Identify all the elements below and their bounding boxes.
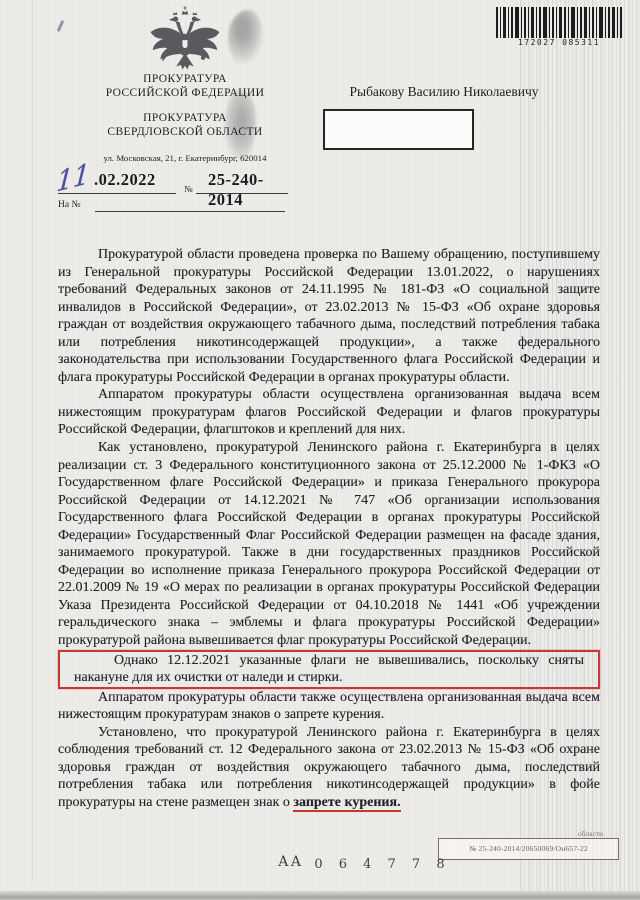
registration-stamp: № 25-240-2014/20650069/Он657-22 [438,838,619,860]
paragraph-flags-issued: Аппаратом прокуратуры области осуществле… [58,386,600,439]
date-underline [58,193,176,194]
org-name-federal-line2: РОССИЙСКОЙ ФЕДЕРАЦИИ [75,86,295,100]
form-serial-digits: 0 6 4 7 7 8 [314,857,450,872]
org-name-regional-line2: СВЕРДЛОВСКОЙ ОБЛАСТИ [75,125,295,139]
org-name-regional-line1: ПРОКУРАТУРА [75,111,295,125]
reference-label: На № [58,200,81,210]
russian-coat-of-arms-icon [143,6,227,75]
org-address: ул. Московская, 21, г. Екатеринбург, 620… [52,153,318,163]
highlighted-paragraph-flags-not-hung: Однако 12.12.2021 указанные флаги не выв… [58,650,600,689]
letter-body: Прокуратурой области проведена проверка … [58,246,600,812]
form-serial-prefix: АА [278,854,303,870]
page-bottom-edge-shadow [0,891,640,900]
paragraph-inspection-intro: Прокуратурой области проведена проверка … [58,246,600,386]
org-name-federal: ПРОКУРАТУРА РОССИЙСКОЙ ФЕДЕРАЦИИ [75,72,295,100]
org-name-federal-line1: ПРОКУРАТУРА [75,72,295,86]
fold-line [32,0,33,880]
paragraph-no-smoking-signs-issued: Аппаратом прокуратуры области также осущ… [58,689,600,724]
number-underline [196,193,288,194]
reference-underline [95,211,285,212]
stamp-faint-word: области [578,829,603,838]
paragraph-flag-regulations: Как установлено, прокуратурой Ленинского… [58,439,600,650]
pen-mark [57,20,65,32]
org-name-regional: ПРОКУРАТУРА СВЕРДЛОВСКОЙ ОБЛАСТИ [75,111,295,139]
paragraph-no-smoking-sign-placed: Установлено, что прокуратурой Ленинского… [58,724,600,812]
underlined-phrase-no-smoking: запрете курения. [293,795,400,812]
barcode-digits: 172027 085311 [492,38,626,47]
scan-smudge [228,10,264,64]
recipient-name: Рыбакову Василию Николаевичу [328,84,560,100]
redacted-address-box [323,109,474,150]
scanned-letter-page: { "letterhead": { "org_top_line1": "ПРОК… [0,0,640,900]
date-and-number-row: 11 .02.2022 № 25-240-2014 [58,167,298,197]
typed-date: .02.2022 [94,170,156,190]
barcode-icon [496,7,622,38]
form-serial-number: АА 0 6 4 7 7 8 [278,851,451,870]
number-sign-label: № [184,184,193,194]
reference-row: На № [58,200,288,216]
